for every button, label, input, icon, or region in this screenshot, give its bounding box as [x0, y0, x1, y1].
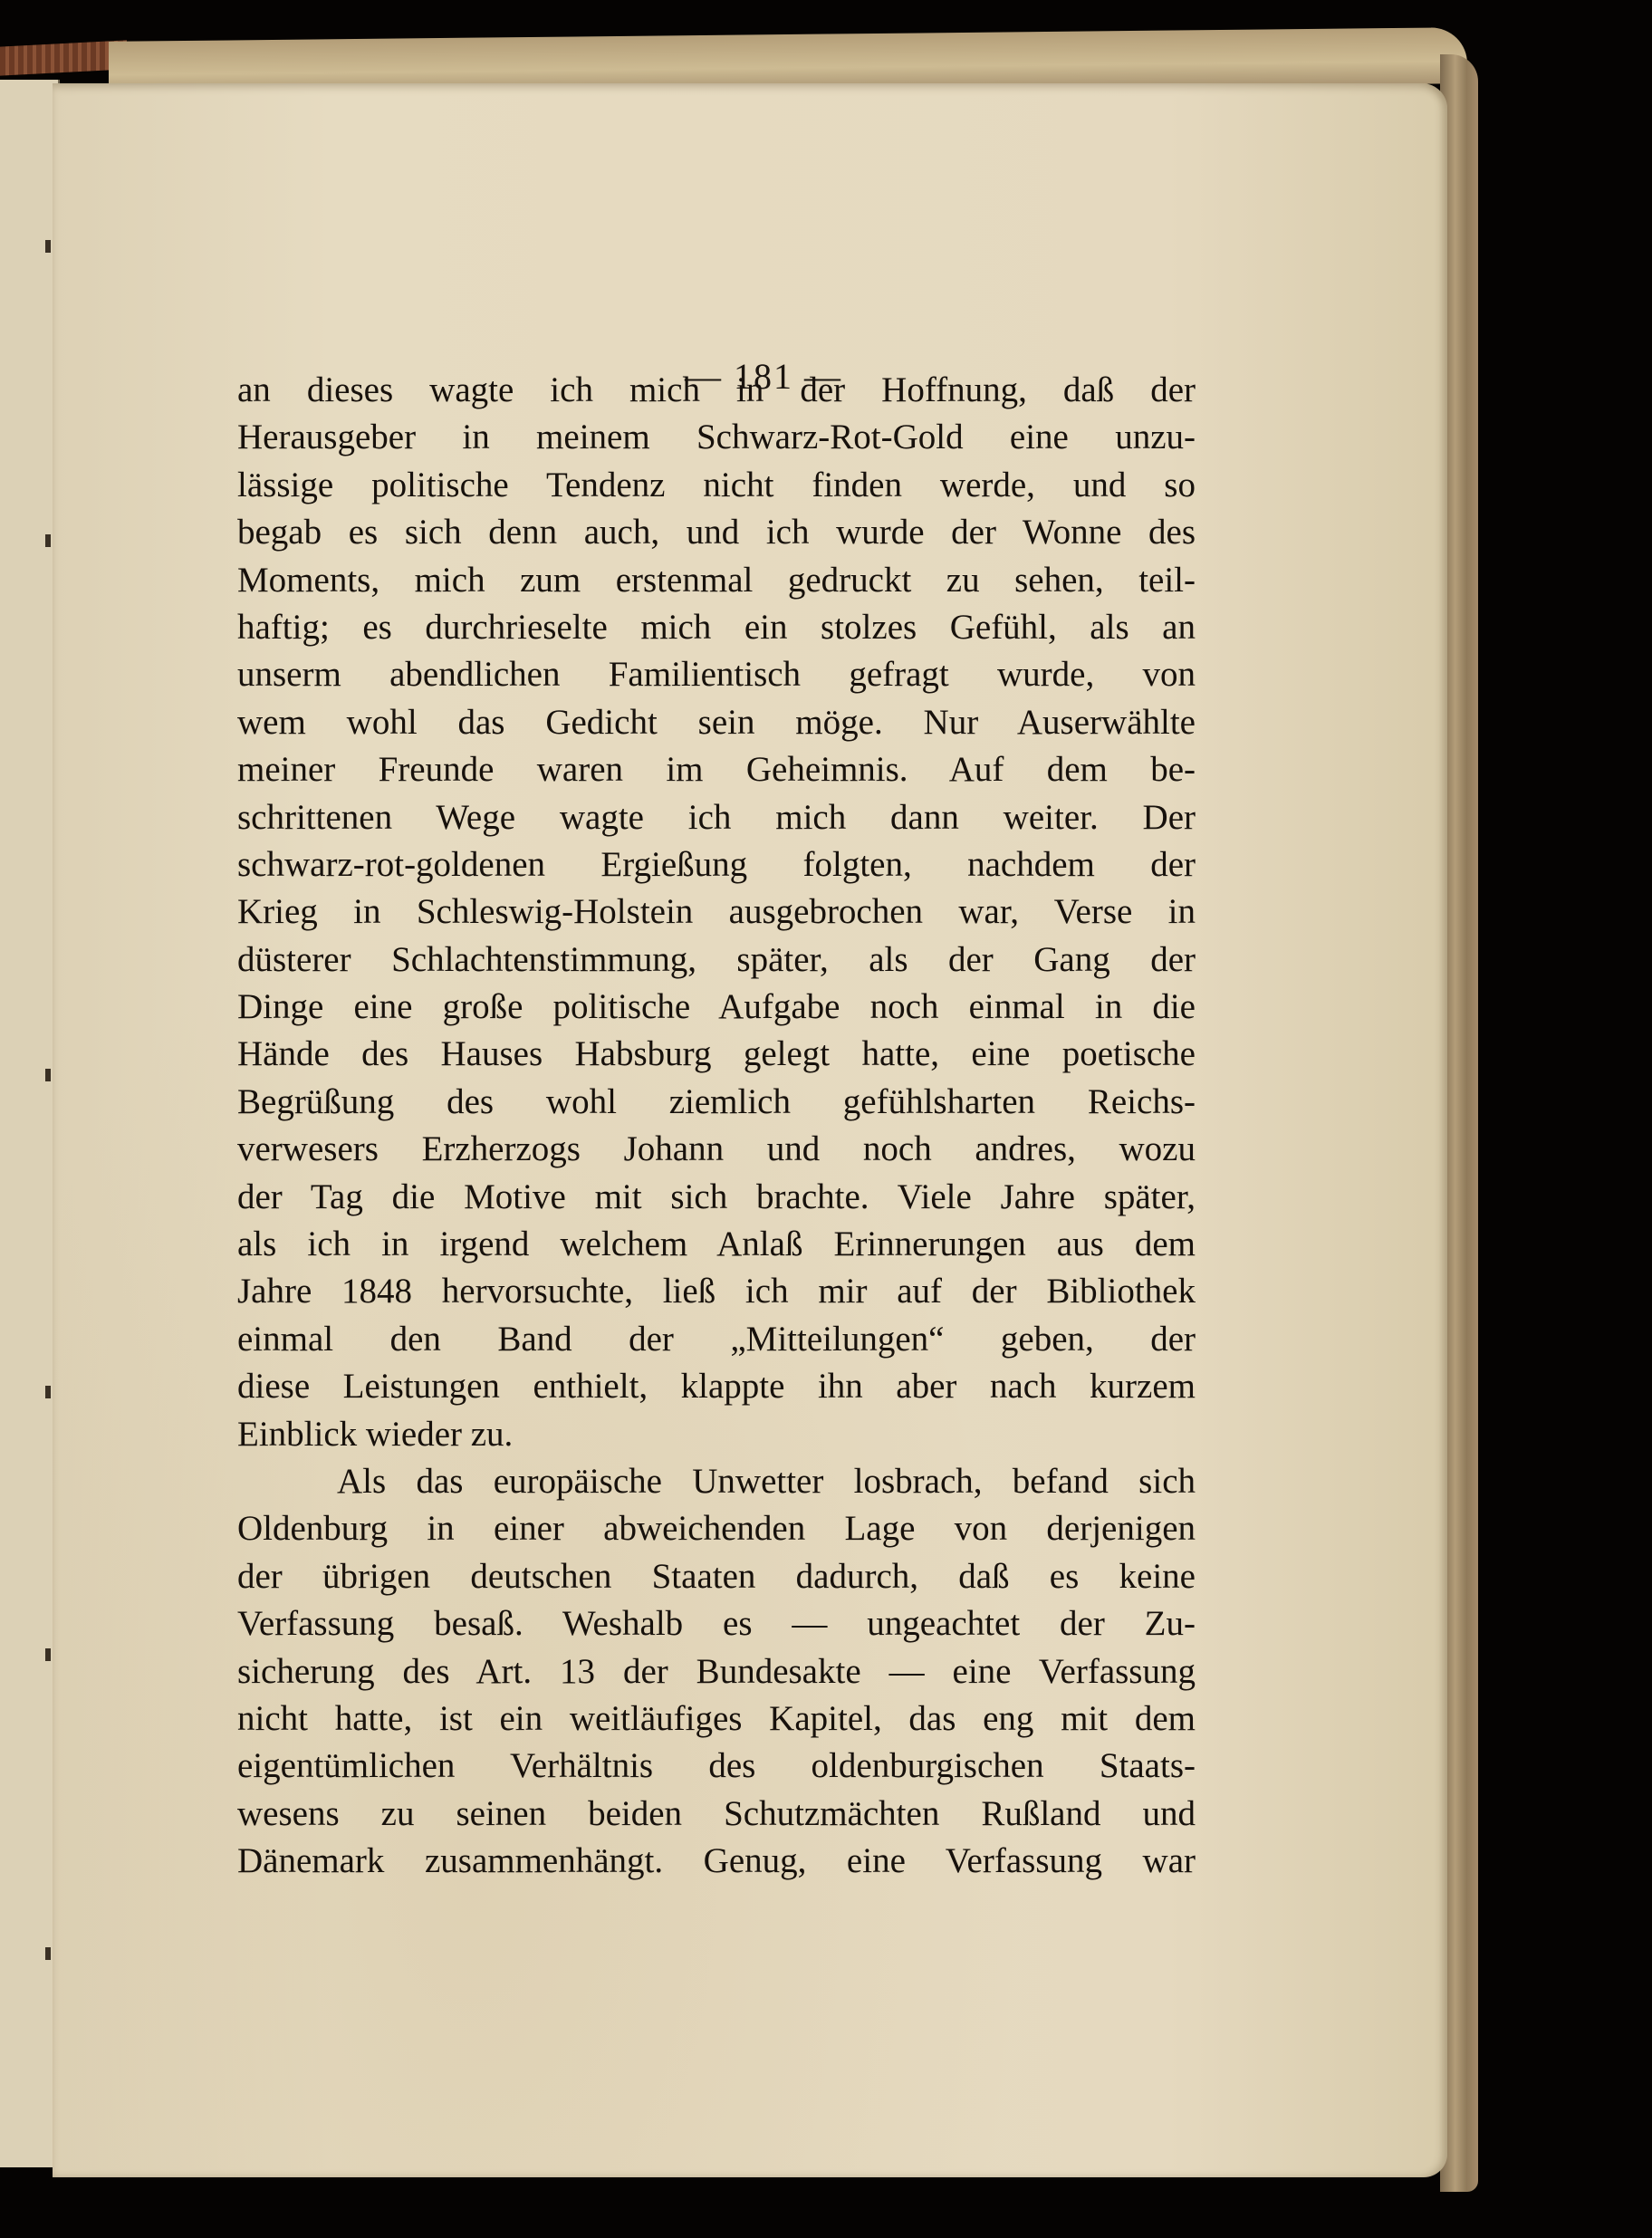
binding-thread-mark: [45, 534, 51, 547]
binding-thread-mark: [45, 1648, 51, 1661]
text-line: Begrüßung des wohl ziemlich gefühlsharte…: [237, 1079, 1196, 1126]
text-line: Hände des Hauses Habsburg gelegt hatte, …: [237, 1031, 1196, 1078]
book-spine-cloth: [0, 40, 127, 75]
text-line: düsterer Schlachtenstimmung, später, als…: [237, 937, 1196, 984]
text-line-paragraph-end: Einblick wieder zu.: [237, 1411, 1196, 1458]
text-line: wesens zu seinen beiden Schutzmächten Ru…: [237, 1791, 1196, 1838]
text-line: lässige politische Tendenz nicht finden …: [237, 462, 1196, 509]
text-line: Dänemark zusammenhängt. Genug, eine Verf…: [237, 1838, 1196, 1885]
text-line: begab es sich denn auch, und ich wurde d…: [237, 509, 1196, 556]
facing-page-edge: [0, 80, 60, 2167]
binding-thread-mark: [45, 1947, 51, 1960]
text-line: haftig; es durchrieselte mich ein stolze…: [237, 604, 1196, 651]
text-line: der übrigen deutschen Staaten dadurch, d…: [237, 1553, 1196, 1600]
text-line: Dinge eine große politische Aufgabe noch…: [237, 984, 1196, 1031]
text-line: sicherung des Art. 13 der Bundesakte — e…: [237, 1648, 1196, 1695]
text-line: Krieg in Schleswig-Holstein ausgebrochen…: [237, 888, 1196, 936]
body-text: an dieses wagte ich mich in der Hoffnung…: [237, 367, 1196, 1886]
text-line: der Tag die Motive mit sich brachte. Vie…: [237, 1174, 1196, 1221]
text-line-paragraph-start: Als das europäische Unwetter losbrach, b…: [237, 1458, 1196, 1505]
text-line: Verfassung besaß. Weshalb es — ungeachte…: [237, 1600, 1196, 1647]
text-line: wem wohl das Gedicht sein möge. Nur Ause…: [237, 699, 1196, 746]
text-line: Oldenburg in einer abweichenden Lage von…: [237, 1505, 1196, 1552]
text-line: an dieses wagte ich mich in der Hoffnung…: [237, 367, 1196, 414]
text-line: meiner Freunde waren im Geheimnis. Auf d…: [237, 746, 1196, 793]
text-line: nicht hatte, ist ein weitläufiges Kapite…: [237, 1695, 1196, 1743]
text-line: Herausgeber in meinem Schwarz-Rot-Gold e…: [237, 414, 1196, 461]
text-line: Moments, mich zum erstenmal gedruckt zu …: [237, 557, 1196, 604]
text-line: diese Leistungen enthielt, klappte ihn a…: [237, 1363, 1196, 1410]
text-line: schwarz-rot-goldenen Ergießung folgten, …: [237, 841, 1196, 888]
text-line: schrittenen Wege wagte ich mich dann wei…: [237, 794, 1196, 841]
binding-thread-mark: [45, 1069, 51, 1081]
binding-thread-mark: [45, 240, 51, 253]
text-line: als ich in irgend welchem Anlaß Erinneru…: [237, 1221, 1196, 1268]
text-line: einmal den Band der „Mitteilungen“ geben…: [237, 1316, 1196, 1363]
text-line: verwesers Erzherzogs Johann und noch and…: [237, 1126, 1196, 1173]
binding-thread-mark: [45, 1386, 51, 1398]
text-line: unserm abendlichen Familientisch gefragt…: [237, 651, 1196, 698]
text-line: eigentümlichen Verhältnis des oldenburgi…: [237, 1743, 1196, 1790]
text-line: Jahre 1848 hervorsuchte, ließ ich mir au…: [237, 1268, 1196, 1315]
